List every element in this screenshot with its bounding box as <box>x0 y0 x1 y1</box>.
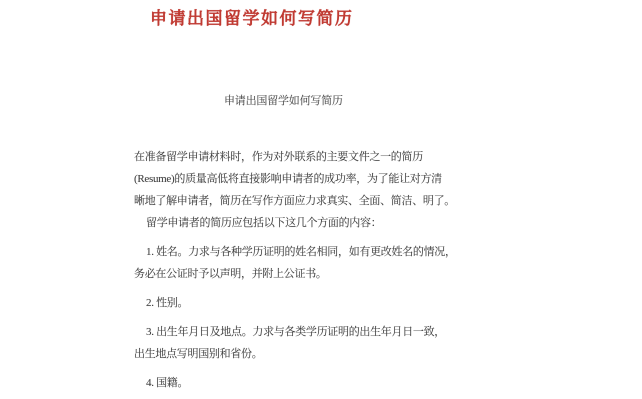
page-header-title: 申请出国留学如何写简历 <box>150 4 354 29</box>
body-line: 1. 姓名。力求与各种学历证明的姓名相同，如有更改姓名的情况， <box>134 241 464 263</box>
body-line: 2. 性别。 <box>134 292 464 314</box>
document-page: 申请出国留学如何写简历 申请出国留学如何写简历 在准备留学申请材料时，作为对外联… <box>0 0 642 399</box>
body-line: 3. 出生年月日及地点。力求与各类学历证明的出生年月日一致， <box>134 321 464 343</box>
body-line: 留学申请者的简历应包括以下这几个方面的内容： <box>134 212 464 234</box>
doc-title: 申请出国留学如何写简历 <box>224 92 343 108</box>
body-line: 出生地点写明国别和省份。 <box>134 343 464 365</box>
body-line: (Resume)的质量高低将直接影响申请者的成功率，为了能让对方清 <box>134 168 464 190</box>
body-line: 晰地了解申请者，简历在写作方面应力求真实、全面、简洁、明了。 <box>134 190 464 212</box>
body-line: 在准备留学申请材料时，作为对外联系的主要文件之一的简历 <box>134 146 464 168</box>
body-line: 4. 国籍。 <box>134 372 464 394</box>
doc-body: 在准备留学申请材料时，作为对外联系的主要文件之一的简历(Resume)的质量高低… <box>134 146 464 394</box>
body-line: 务必在公证时予以声明，并附上公证书。 <box>134 263 464 285</box>
